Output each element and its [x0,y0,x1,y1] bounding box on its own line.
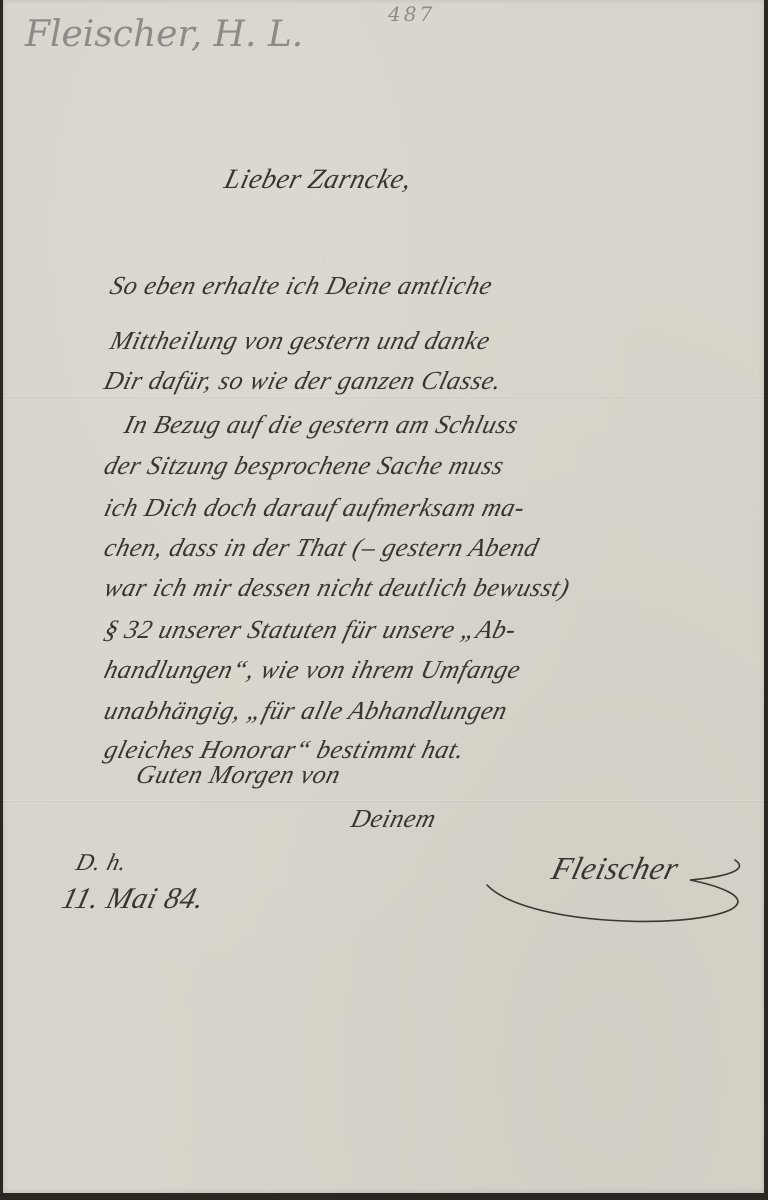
text-line: In Bezug auf die gestern am Schluss [121,410,521,440]
letter-page: Fleischer, H. L. 487 Lieber Zarncke, So … [3,0,764,1193]
text-line: Mittheilung von gestern und danke [107,326,493,356]
signature-flourish-icon [485,855,765,935]
fold-line-upper [3,396,764,398]
text-line: der Sitzung besprochene Sache muss [101,451,507,481]
fold-line-lower [3,800,764,802]
text-line: So eben erhalte ich Deine amtliche [107,271,496,301]
text-line: handlungen“, wie von ihrem Umfange [101,655,524,685]
closing-valediction: Deinem [348,804,439,834]
text-line: § 32 unserer Statuten für unsere „Ab- [101,615,519,645]
text-line: war ich mir dessen nicht deutlich bewuss… [101,573,573,603]
text-line: Dir dafür, so wie der ganzen Classe. [101,366,505,396]
text-line: unabhängig, „für alle Abhandlungen [101,696,511,726]
text-line: ich Dich doch darauf aufmerksam ma- [101,493,528,523]
folio-number: 487 [388,2,435,26]
text-line: chen, dass in der That (– gestern Abend [101,533,542,563]
dateline-date: 11. Mai 84. [58,882,208,916]
archive-name-annotation: Fleischer, H. L. [25,14,303,55]
salutation: Lieber Zarncke, [221,164,415,196]
dateline-place: D. h. [73,850,130,877]
closing-greeting: Guten Morgen von [133,760,344,790]
